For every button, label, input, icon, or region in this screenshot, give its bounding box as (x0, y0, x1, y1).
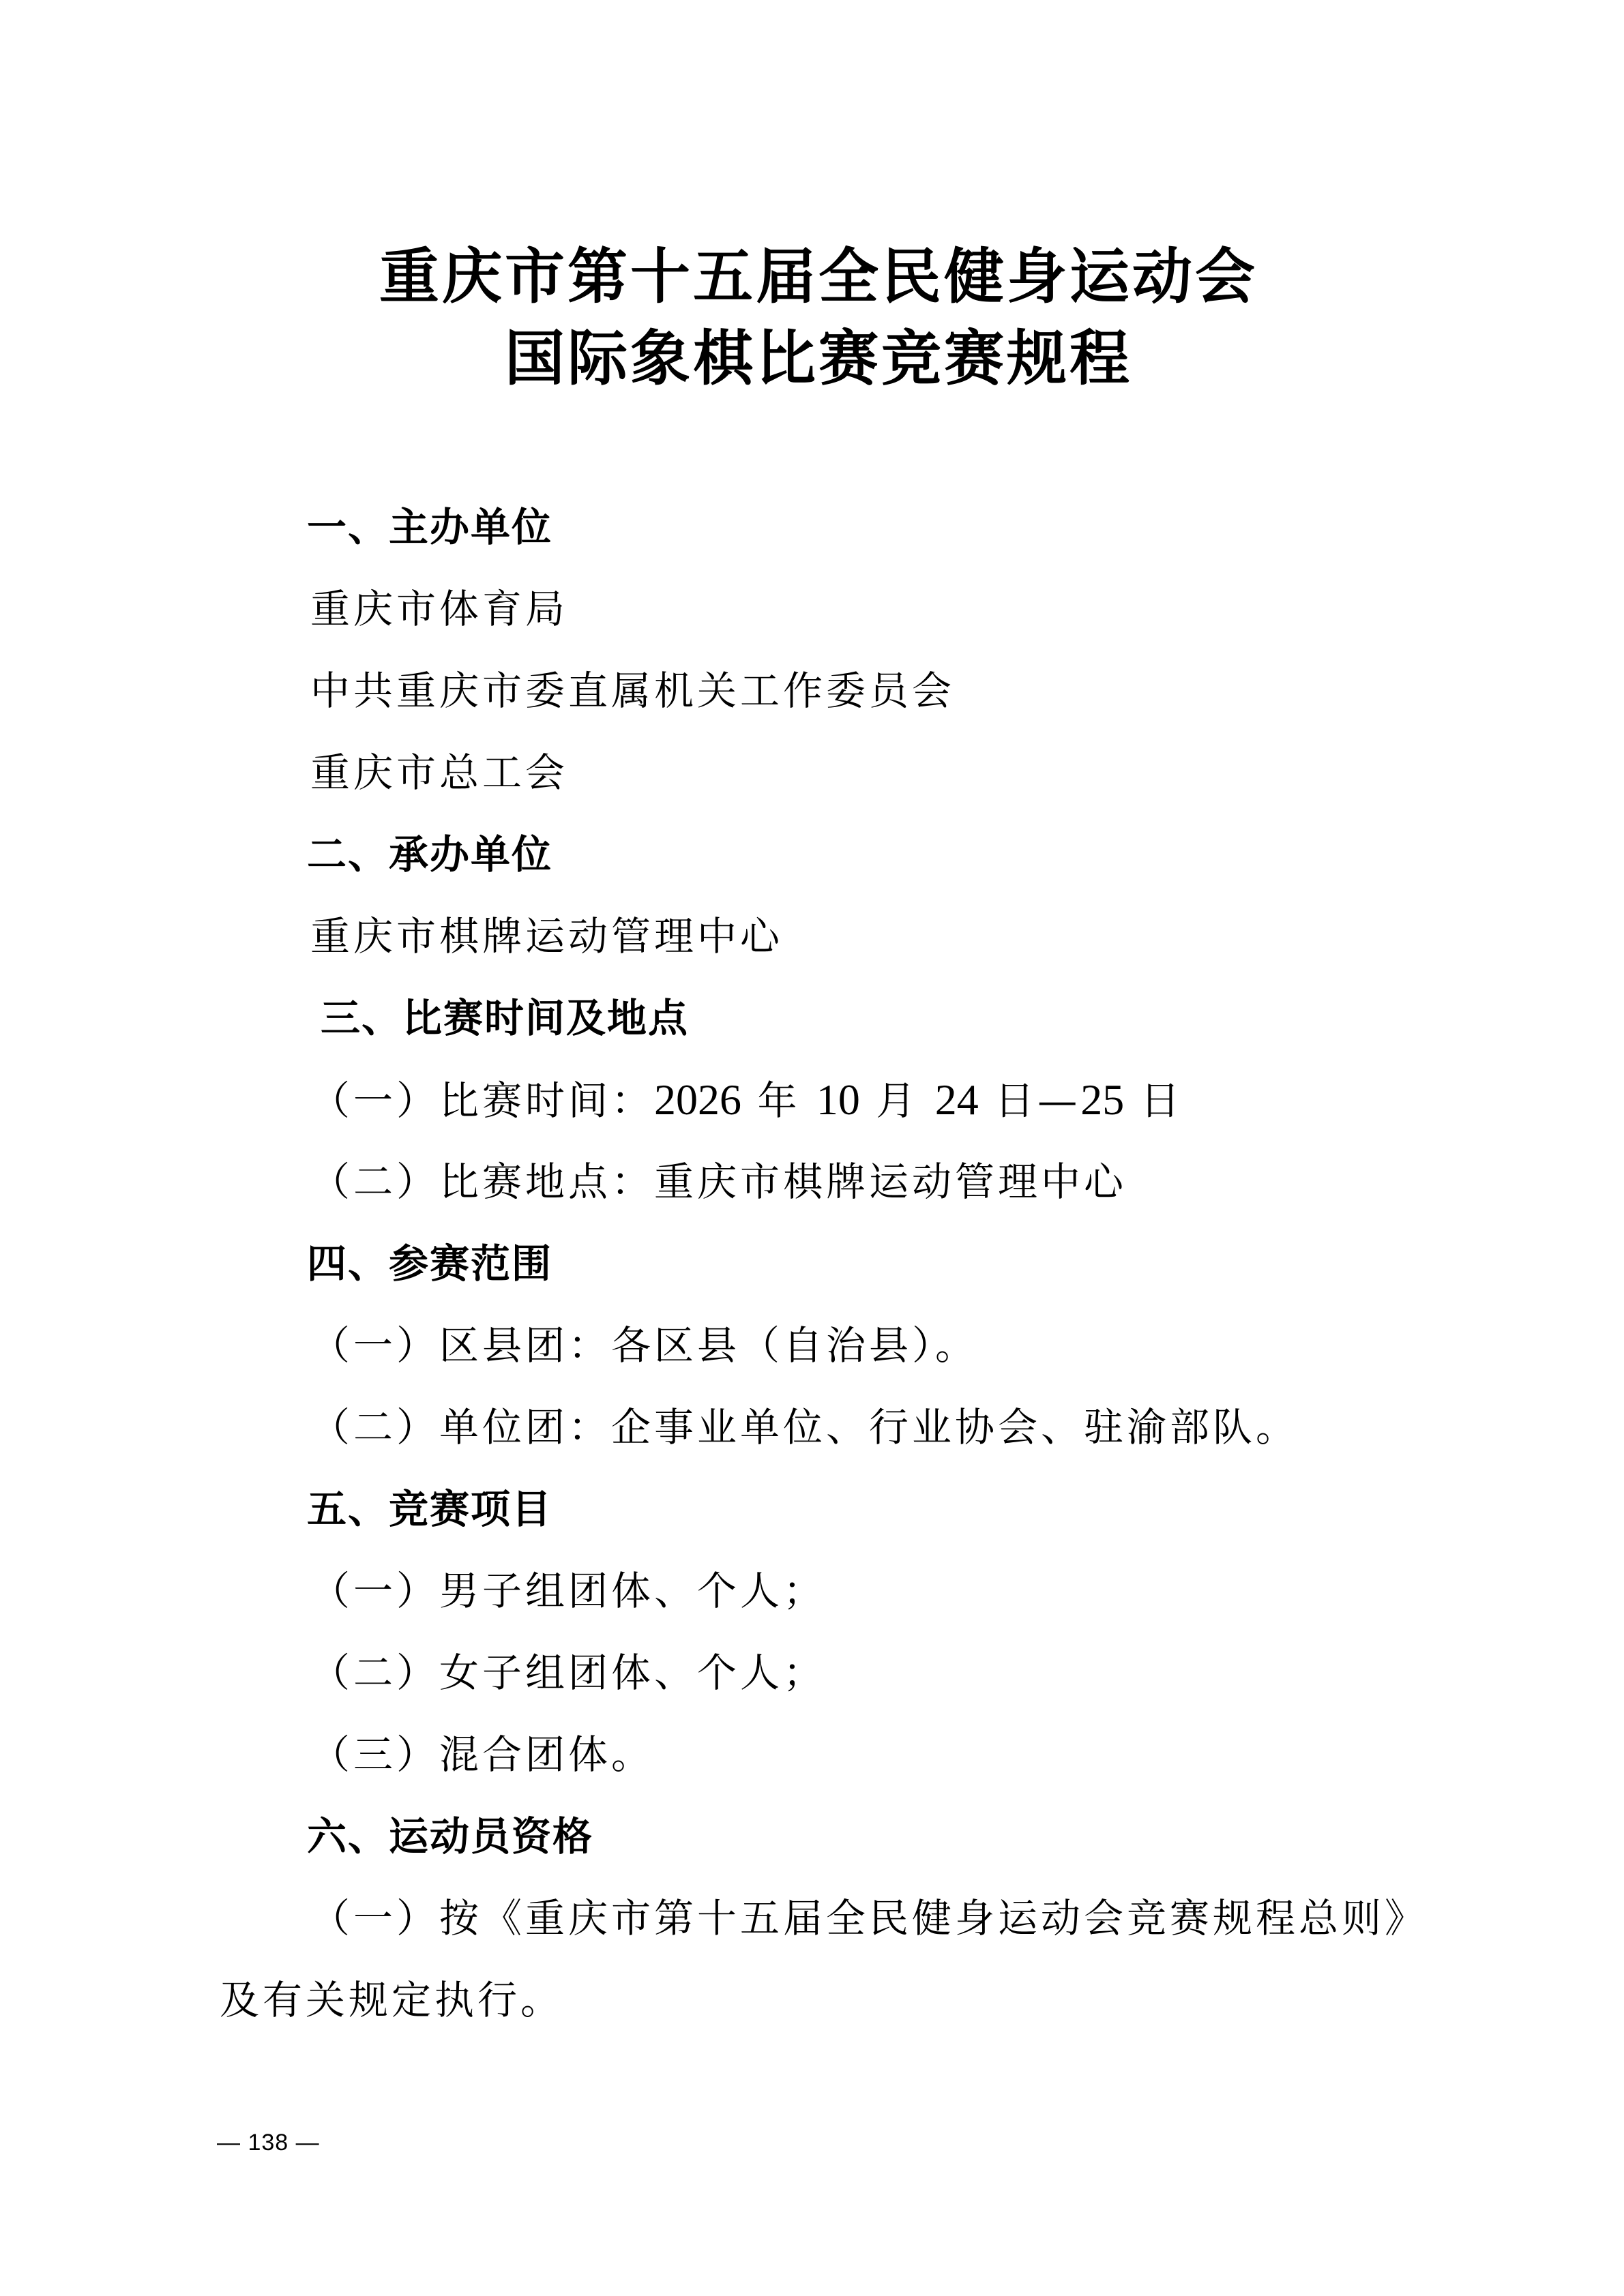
event-item: （一）男子组团体、个人； (310, 1564, 826, 1618)
end-day-value: 25 (1080, 1075, 1124, 1124)
section-heading-organizers: 一、主办单位 (307, 500, 552, 554)
document-page: 重庆市第十五届全民健身运动会 国际象棋比赛竞赛规程 一、主办单位 重庆市体育局 … (0, 0, 1624, 2296)
organizer-item: 中共重庆市委直属机关工作委员会 (310, 664, 955, 718)
section-heading-time-venue: 三、比赛时间及地点 (321, 991, 689, 1045)
event-item: （二）女子组团体、个人； (310, 1645, 826, 1700)
title-line-1: 重庆市第十五届全民健身运动会 (0, 235, 1624, 317)
event-item: （三）混合团体。 (310, 1727, 654, 1782)
scope-item: （二）单位团：企事业单位、行业协会、驻渝部队。 (310, 1400, 1299, 1455)
organizer-item: 重庆市体育局 (310, 582, 568, 636)
month-value: 10 (816, 1075, 860, 1124)
year-unit: 年 (757, 1077, 800, 1124)
page-number: — 138 — (217, 2129, 320, 2156)
qualification-item-continued: 及有关规定执行。 (220, 1973, 563, 2027)
start-day-value: 24 (935, 1075, 979, 1124)
section-heading-athlete-qualification: 六、运动员资格 (307, 1809, 593, 1864)
host-item: 重庆市棋牌运动管理中心 (310, 909, 783, 964)
competition-venue: （二）比赛地点：重庆市棋牌运动管理中心 (310, 1154, 1127, 1209)
section-heading-eligibility-scope: 四、参赛范围 (307, 1236, 552, 1291)
document-title: 重庆市第十五届全民健身运动会 国际象棋比赛竞赛规程 (0, 235, 1624, 399)
competition-time: （一）比赛时间：2026 年 10 月 24 日—25 日 (310, 1073, 1183, 1127)
title-line-2: 国际象棋比赛竞赛规程 (0, 317, 1624, 399)
competition-time-label: （一）比赛时间： (310, 1077, 654, 1124)
end-day-unit: 日 (1140, 1077, 1183, 1124)
year-value: 2026 (654, 1075, 741, 1124)
section-heading-host: 二、承办单位 (307, 827, 552, 882)
month-unit: 月 (876, 1077, 919, 1124)
organizer-item: 重庆市总工会 (310, 745, 568, 800)
qualification-item: （一）按《重庆市第十五届全民健身运动会竞赛规程总则》 (310, 1891, 1428, 1945)
start-day-unit: 日— (994, 1077, 1080, 1124)
scope-item: （一）区县团：各区县（自治县）。 (310, 1318, 978, 1373)
section-heading-events: 五、竞赛项目 (307, 1482, 552, 1536)
